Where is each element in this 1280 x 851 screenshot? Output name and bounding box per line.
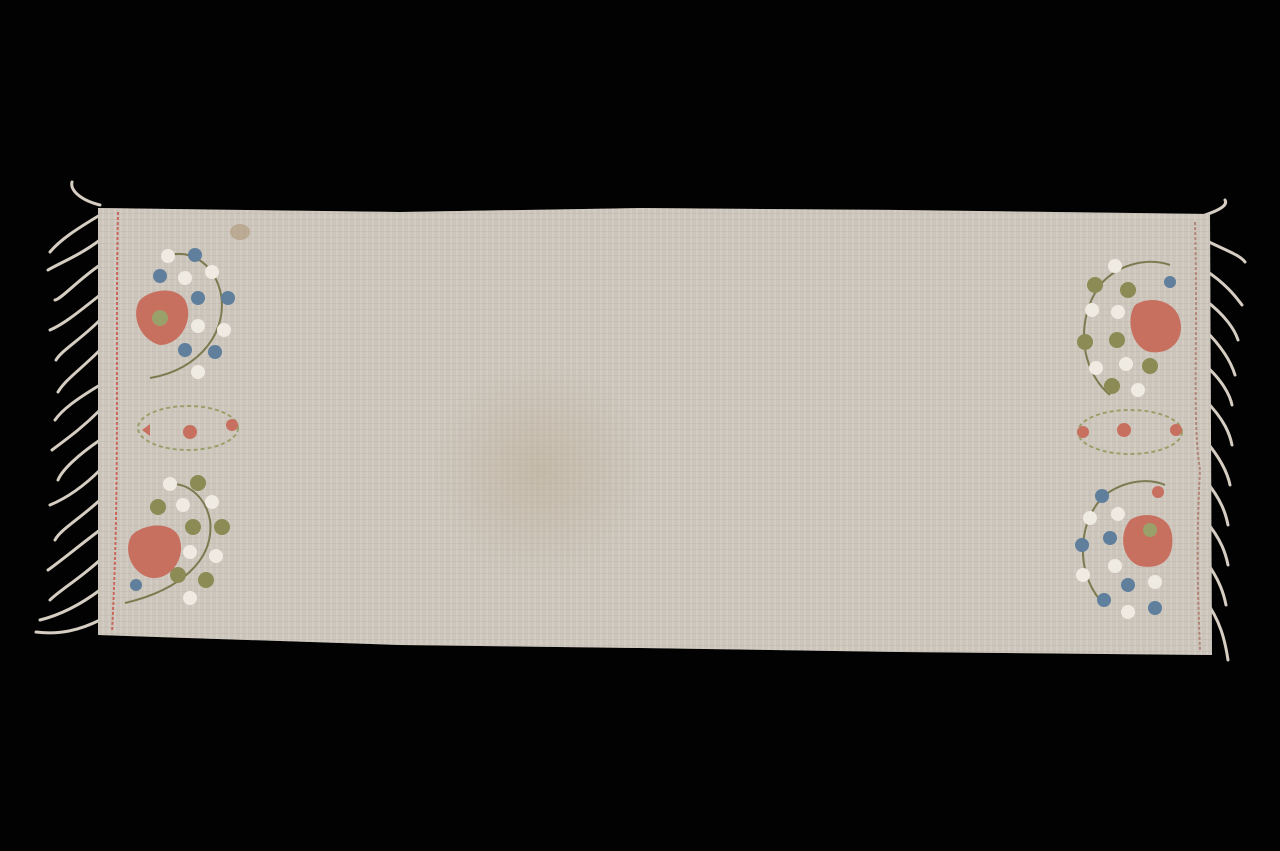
embroidered-towel-photo — [0, 0, 1280, 851]
photo-background — [0, 0, 1280, 851]
stain — [430, 360, 650, 580]
left-fringe — [36, 182, 100, 633]
